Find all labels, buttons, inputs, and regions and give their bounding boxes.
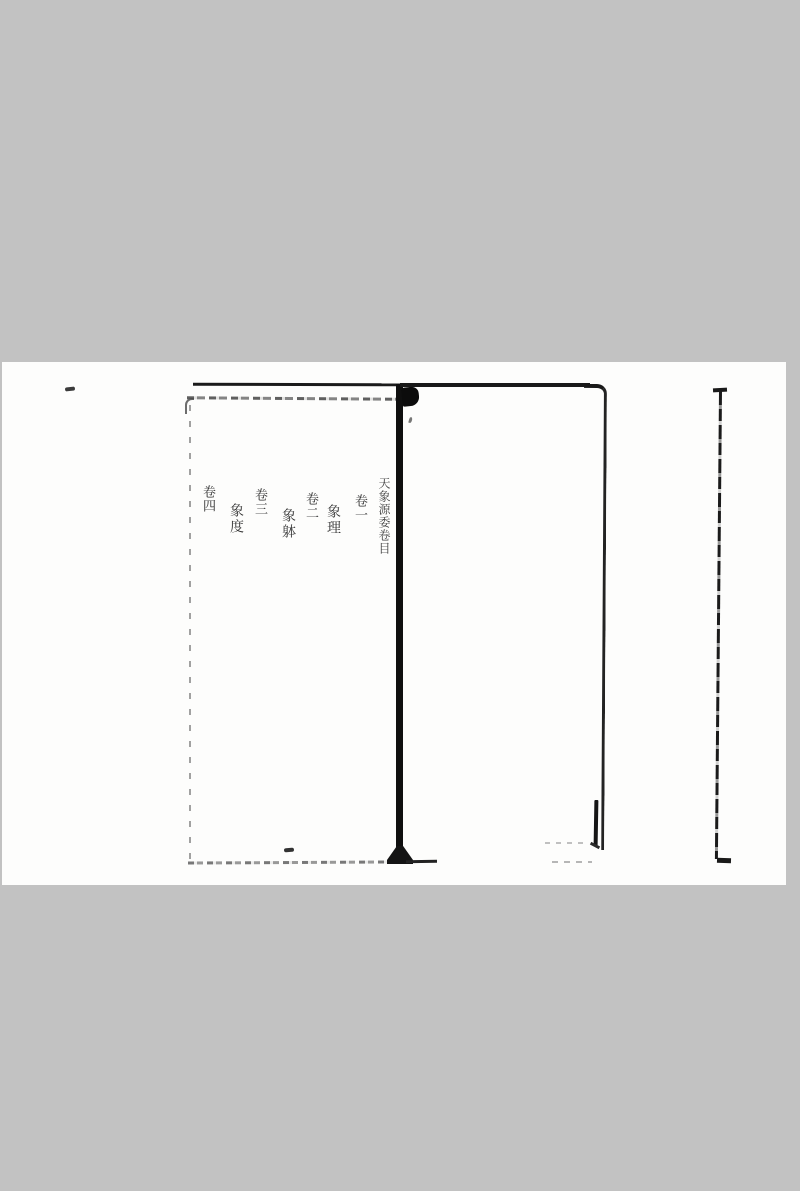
toc-subject-2: 象躰 — [278, 508, 298, 540]
ink-speck — [284, 848, 294, 853]
book-spine-line — [396, 384, 403, 864]
next-sheet-edge-line — [715, 391, 722, 859]
left-page-top-border — [187, 396, 400, 400]
toc-volume-4: 卷四 — [198, 485, 217, 513]
toc-volume-2: 卷二 — [301, 492, 320, 520]
toc-subject-1: 象理 — [323, 504, 343, 536]
right-page-top-rule — [400, 383, 590, 387]
spine-bottom-rule — [406, 860, 437, 864]
next-sheet-edge-bottom-cap — [717, 858, 731, 863]
left-page-bottom-border — [188, 860, 400, 864]
book-title-column: 天象源委卷目 — [376, 477, 393, 555]
left-page-top-rule — [193, 383, 400, 387]
spine-top-ink-blob — [401, 386, 420, 407]
right-page-bottom-dashes — [552, 861, 592, 863]
toc-subject-3: 象度 — [226, 503, 246, 535]
left-page-left-border — [189, 405, 191, 861]
toc-volume-1: 卷一 — [350, 494, 369, 522]
ink-speck — [408, 417, 412, 424]
toc-volume-3: 卷三 — [250, 488, 269, 516]
right-border-dark-segment — [594, 800, 599, 846]
ink-smudge-mark — [65, 386, 75, 391]
right-page-right-border — [581, 384, 607, 850]
image-viewer-background: { "scan": { "background_color": "#c2c2c2… — [0, 0, 800, 1191]
right-page-bottom-dashes — [545, 842, 587, 844]
scanned-sheet: 天象源委卷目 卷一 象理 卷二 象躰 卷三 象度 卷四 — [2, 362, 786, 885]
